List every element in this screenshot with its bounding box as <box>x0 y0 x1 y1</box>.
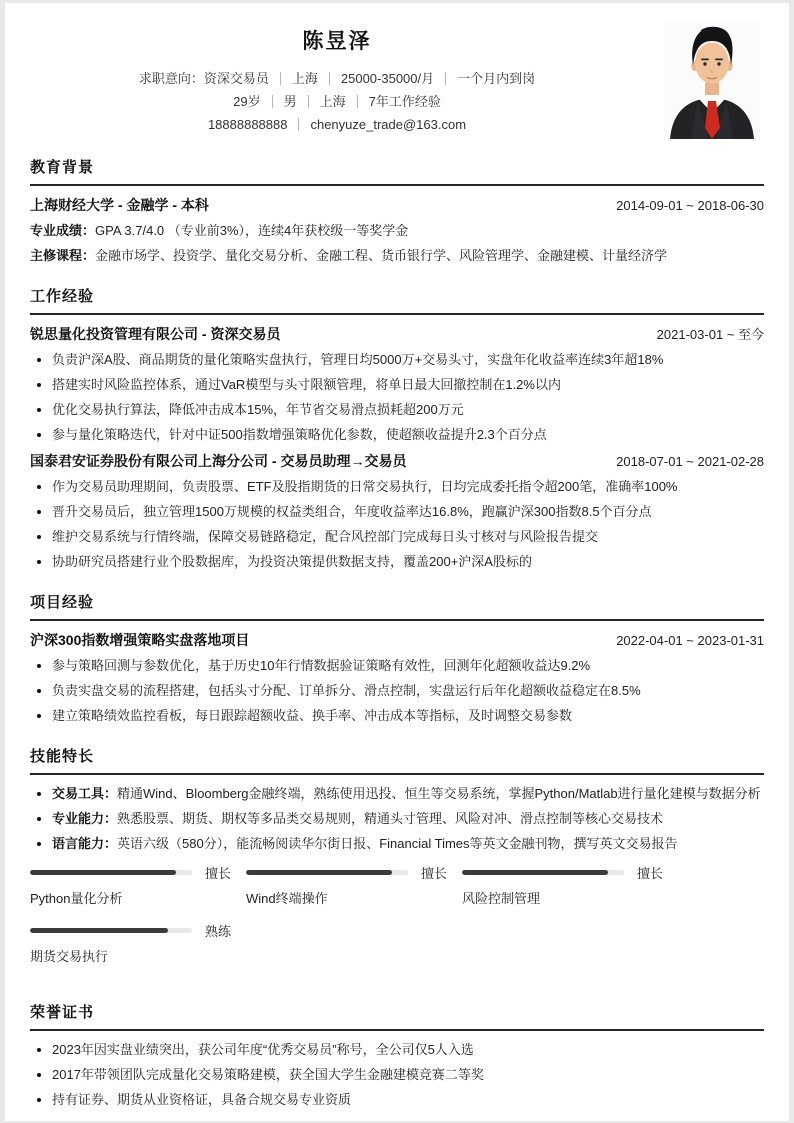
bullet-text: 晋升交易员后，独立管理1500万规模的权益类组合，年度收益率达16.8%，跑赢沪… <box>52 504 652 519</box>
project-bullet-list: 参与策略回测与参数优化，基于历史10年行情数据验证策略有效性，回测年化超额收益达… <box>30 657 764 725</box>
skill-bullet: 专业能力：熟悉股票、期货、期权等多品类交易规则，精通头寸管理、风险对冲、滑点控制… <box>30 810 764 828</box>
skills-bullet-list: 交易工具：精通Wind、Bloomberg金融终端，熟练使用迅投、恒生等交易系统… <box>30 785 764 853</box>
section-title-skills: 技能特长 <box>30 747 764 775</box>
company-role: 锐思量化投资管理有限公司 - 资深交易员 <box>30 325 280 343</box>
bullet-dot-icon <box>37 560 41 564</box>
skill-level-label: 熟练 <box>205 921 231 940</box>
bullet-dot-icon <box>37 817 41 821</box>
gender: 男 <box>284 94 297 109</box>
skill-bar-fill <box>30 870 176 875</box>
bullet-text: 搭建实时风险监控体系，通过VaR模型与头寸限额管理，将单日最大回撤控制在1.2%… <box>52 377 561 392</box>
skill-bar-item: 擅长 风险控制管理 <box>462 865 678 907</box>
job-intent: 求职意向：资深交易员 <box>139 71 269 86</box>
bullet-dot-icon <box>37 1073 41 1077</box>
education-date-range: 2014-09-01 ~ 2018-06-30 <box>616 197 764 215</box>
bullet-dot-icon <box>37 714 41 718</box>
skill-text: 熟悉股票、期货、期权等多品类交易规则，精通头寸管理、风险对冲、滑点控制等核心交易… <box>117 811 663 826</box>
section-skills: 技能特长 交易工具：精通Wind、Bloomberg金融终端，熟练使用迅投、恒生… <box>30 747 764 981</box>
bullet-dot-icon <box>37 485 41 489</box>
skill-bar-row: 擅长 <box>30 865 246 879</box>
bullet-dot-icon <box>37 842 41 846</box>
detail-label: 主修课程： <box>30 248 95 263</box>
skill-bullet: 语言能力：英语六级（580分），能流畅阅读华尔街日报、Financial Tim… <box>30 835 764 853</box>
work-date-range: 2018-07-01 ~ 2021-02-28 <box>616 453 764 471</box>
work-entry: 锐思量化投资管理有限公司 - 资深交易员 2021-03-01 ~ 至今 负责沪… <box>30 325 764 444</box>
skill-bar-fill <box>462 870 608 875</box>
work-bullet: 优化交易执行算法，降低冲击成本15%，年节省交易滑点损耗超200万元 <box>30 401 764 419</box>
skill-bars-grid: 擅长 Python量化分析 擅长 Wind终端操作 擅长 风险控制管理 <box>30 865 764 981</box>
skill-bar-track <box>462 870 624 875</box>
location: 上海 <box>320 94 346 109</box>
resume-screenshot: { "header": { "name": "陈昱泽", "row1": ["求… <box>0 0 794 1123</box>
job-intent-row: 求职意向：资深交易员上海25000-35000/月一个月内到岗 <box>30 67 644 90</box>
detail-text: GPA 3.7/4.0 （专业前3%），连续4年获校级一等奖学金 <box>95 223 408 238</box>
bullet-text: 建立策略绩效监控看板，每日跟踪超额收益、换手率、冲击成本等指标，及时调整交易参数 <box>52 708 572 723</box>
skill-bar-name: 期货交易执行 <box>30 946 246 965</box>
profile-photo <box>664 21 760 139</box>
company-role: 国泰君安证券股份有限公司上海分公司 - 交易员助理→交易员 <box>30 452 406 470</box>
skill-text: 英语六级（580分），能流畅阅读华尔街日报、Financial Times等英文… <box>117 836 678 851</box>
expected-salary: 25000-35000/月 <box>341 71 434 86</box>
bullet-dot-icon <box>37 792 41 796</box>
work-bullet-list: 作为交易员助理期间，负责股票、ETF及股指期货的日常交易执行，日均完成委托指令超… <box>30 478 764 571</box>
skill-level-label: 擅长 <box>421 863 447 882</box>
work-bullet-list: 负责沪深A股、商品期货的量化策略实盘执行，管理日均5000万+交易头寸，实盘年化… <box>30 351 764 444</box>
bullet-text: 参与量化策略迭代，针对中证500指数增强策略优化参数，使超额收益提升2.3个百分… <box>52 427 547 442</box>
availability: 一个月内到岗 <box>457 71 535 86</box>
school-degree: 上海财经大学 - 金融学 - 本科 <box>30 196 209 214</box>
work-entry: 国泰君安证券股份有限公司上海分公司 - 交易员助理→交易员 2018-07-01… <box>30 452 764 571</box>
candidate-name: 陈昱泽 <box>30 27 644 57</box>
resume-page: 陈昱泽 求职意向：资深交易员上海25000-35000/月一个月内到岗 29岁男… <box>5 3 789 1121</box>
work-bullet: 搭建实时风险监控体系，通过VaR模型与头寸限额管理，将单日最大回撤控制在1.2%… <box>30 376 764 394</box>
experience-years: 7年工作经验 <box>369 94 441 109</box>
project-entry: 沪深300指数增强策略实盘落地项目 2022-04-01 ~ 2023-01-3… <box>30 631 764 725</box>
education-detail-gpa: 专业成绩：GPA 3.7/4.0 （专业前3%），连续4年获校级一等奖学金 <box>30 222 764 240</box>
skill-bar-item: 擅长 Wind终端操作 <box>246 865 462 907</box>
project-name: 沪深300指数增强策略实盘落地项目 <box>30 631 249 649</box>
skill-bar-item: 擅长 Python量化分析 <box>30 865 246 907</box>
resume-header: 陈昱泽 求职意向：资深交易员上海25000-35000/月一个月内到岗 29岁男… <box>30 27 764 136</box>
project-bullet: 建立策略绩效监控看板，每日跟踪超额收益、换手率、冲击成本等指标，及时调整交易参数 <box>30 707 764 725</box>
education-detail-courses: 主修课程：金融市场学、投资学、量化交易分析、金融工程、货币银行学、风险管理学、金… <box>30 247 764 265</box>
bullet-dot-icon <box>37 433 41 437</box>
project-bullet: 参与策略回测与参数优化，基于历史10年行情数据验证策略有效性，回测年化超额收益达… <box>30 657 764 675</box>
bullet-dot-icon <box>37 1048 41 1052</box>
skill-level-label: 擅长 <box>637 863 663 882</box>
email-address: chenyuze_trade@163.com <box>310 117 466 132</box>
honor-bullet: 2017年带领团队完成量化交易策略建模，获全国大学生金融建模竞赛二等奖 <box>30 1066 764 1084</box>
detail-text: 金融市场学、投资学、量化交易分析、金融工程、货币银行学、风险管理学、金融建模、计… <box>95 248 667 263</box>
header-text-block: 陈昱泽 求职意向：资深交易员上海25000-35000/月一个月内到岗 29岁男… <box>30 27 644 136</box>
skill-bar-name: 风险控制管理 <box>462 888 678 907</box>
separator <box>280 72 281 85</box>
skill-bar-name: Python量化分析 <box>30 888 246 907</box>
bullet-dot-icon <box>37 689 41 693</box>
bullet-dot-icon <box>37 664 41 668</box>
bullet-text: 优化交易执行算法，降低冲击成本15%，年节省交易滑点损耗超200万元 <box>52 402 464 417</box>
separator <box>357 95 358 108</box>
bullet-dot-icon <box>37 1098 41 1102</box>
honor-bullet: 2023年因实盘业绩突出，获公司年度“优秀交易员”称号，全公司仅5人入选 <box>30 1041 764 1059</box>
project-bullet: 负责实盘交易的流程搭建，包括头寸分配、订单拆分、滑点控制，实盘运行后年化超额收益… <box>30 682 764 700</box>
work-bullet: 参与量化策略迭代，针对中证500指数增强策略优化参数，使超额收益提升2.3个百分… <box>30 426 764 444</box>
bullet-dot-icon <box>37 535 41 539</box>
bullet-dot-icon <box>37 510 41 514</box>
job-city: 上海 <box>292 71 318 86</box>
skill-label: 专业能力： <box>52 811 117 826</box>
bullet-text: 作为交易员助理期间，负责股票、ETF及股指期货的日常交易执行，日均完成委托指令超… <box>52 479 678 494</box>
bullet-dot-icon <box>37 383 41 387</box>
work-bullet: 协助研究员搭建行业个股数据库，为投资决策提供数据支持，覆盖200+沪深A股标的 <box>30 553 764 571</box>
bullet-text: 维护交易系统与行情终端，保障交易链路稳定，配合风控部门完成每日头寸核对与风险报告… <box>52 529 598 544</box>
section-title-education: 教育背景 <box>30 158 764 186</box>
section-honors: 荣誉证书 2023年因实盘业绩突出，获公司年度“优秀交易员”称号，全公司仅5人入… <box>30 1003 764 1109</box>
work-bullet: 晋升交易员后，独立管理1500万规模的权益类组合，年度收益率达16.8%，跑赢沪… <box>30 503 764 521</box>
bullet-dot-icon <box>37 358 41 362</box>
profile-photo-illustration <box>664 21 760 139</box>
skill-bar-name: Wind终端操作 <box>246 888 462 907</box>
bullet-text: 负责实盘交易的流程搭建，包括头寸分配、订单拆分、滑点控制，实盘运行后年化超额收益… <box>52 683 641 698</box>
bullet-text: 2023年因实盘业绩突出，获公司年度“优秀交易员”称号，全公司仅5人入选 <box>52 1042 474 1057</box>
section-education: 教育背景 上海财经大学 - 金融学 - 本科 2014-09-01 ~ 2018… <box>30 158 764 265</box>
separator <box>272 95 273 108</box>
phone-number: 18888888888 <box>208 117 288 132</box>
separator <box>308 95 309 108</box>
work-entry-head: 锐思量化投资管理有限公司 - 资深交易员 2021-03-01 ~ 至今 <box>30 325 764 344</box>
skill-bar-track <box>246 870 408 875</box>
bullet-text: 2017年带领团队完成量化交易策略建模，获全国大学生金融建模竞赛二等奖 <box>52 1067 484 1082</box>
project-date-range: 2022-04-01 ~ 2023-01-31 <box>616 632 764 650</box>
contact-row: 18888888888chenyuze_trade@163.com <box>30 113 644 136</box>
separator <box>445 72 446 85</box>
detail-label: 专业成绩： <box>30 223 95 238</box>
honors-bullet-list: 2023年因实盘业绩突出，获公司年度“优秀交易员”称号，全公司仅5人入选 201… <box>30 1041 764 1109</box>
skill-level-label: 擅长 <box>205 863 231 882</box>
skill-bar-row: 擅长 <box>246 865 462 879</box>
skill-bar-row: 擅长 <box>462 865 678 879</box>
skill-bar-fill <box>30 928 168 933</box>
bullet-text: 协助研究员搭建行业个股数据库，为投资决策提供数据支持，覆盖200+沪深A股标的 <box>52 554 532 569</box>
work-date-range: 2021-03-01 ~ 至今 <box>657 326 764 344</box>
work-entry-head: 国泰君安证券股份有限公司上海分公司 - 交易员助理→交易员 2018-07-01… <box>30 452 764 471</box>
bullet-dot-icon <box>37 408 41 412</box>
honor-bullet: 持有证券、期货从业资格证，具备合规交易专业资质 <box>30 1091 764 1109</box>
bullet-text: 持有证券、期货从业资格证，具备合规交易专业资质 <box>52 1092 351 1107</box>
work-bullet: 维护交易系统与行情终端，保障交易链路稳定，配合风控部门完成每日头寸核对与风险报告… <box>30 528 764 546</box>
project-entry-head: 沪深300指数增强策略实盘落地项目 2022-04-01 ~ 2023-01-3… <box>30 631 764 650</box>
skill-label: 语言能力： <box>52 836 117 851</box>
section-project-experience: 项目经验 沪深300指数增强策略实盘落地项目 2022-04-01 ~ 2023… <box>30 593 764 725</box>
skill-text: 精通Wind、Bloomberg金融终端，熟练使用迅投、恒生等交易系统，掌握Py… <box>117 786 761 801</box>
section-title-work: 工作经验 <box>30 287 764 315</box>
personal-info-row: 29岁男上海7年工作经验 <box>30 90 644 113</box>
skill-bullet: 交易工具：精通Wind、Bloomberg金融终端，熟练使用迅投、恒生等交易系统… <box>30 785 764 803</box>
skill-bar-item: 熟练 期货交易执行 <box>30 923 246 965</box>
skill-bar-row: 熟练 <box>30 923 246 937</box>
age: 29岁 <box>233 94 260 109</box>
section-title-project: 项目经验 <box>30 593 764 621</box>
work-bullet: 负责沪深A股、商品期货的量化策略实盘执行，管理日均5000万+交易头寸，实盘年化… <box>30 351 764 369</box>
skill-bar-track <box>30 870 192 875</box>
skill-bar-fill <box>246 870 392 875</box>
work-bullet: 作为交易员助理期间，负责股票、ETF及股指期货的日常交易执行，日均完成委托指令超… <box>30 478 764 496</box>
education-entry-head: 上海财经大学 - 金融学 - 本科 2014-09-01 ~ 2018-06-3… <box>30 196 764 215</box>
section-work-experience: 工作经验 锐思量化投资管理有限公司 - 资深交易员 2021-03-01 ~ 至… <box>30 287 764 571</box>
bullet-text: 参与策略回测与参数优化，基于历史10年行情数据验证策略有效性，回测年化超额收益达… <box>52 658 590 673</box>
section-title-honors: 荣誉证书 <box>30 1003 764 1031</box>
skill-label: 交易工具： <box>52 786 117 801</box>
separator <box>298 118 299 131</box>
skill-bar-track <box>30 928 192 933</box>
bullet-text: 负责沪深A股、商品期货的量化策略实盘执行，管理日均5000万+交易头寸，实盘年化… <box>52 352 663 367</box>
education-entry: 上海财经大学 - 金融学 - 本科 2014-09-01 ~ 2018-06-3… <box>30 196 764 265</box>
separator <box>329 72 330 85</box>
